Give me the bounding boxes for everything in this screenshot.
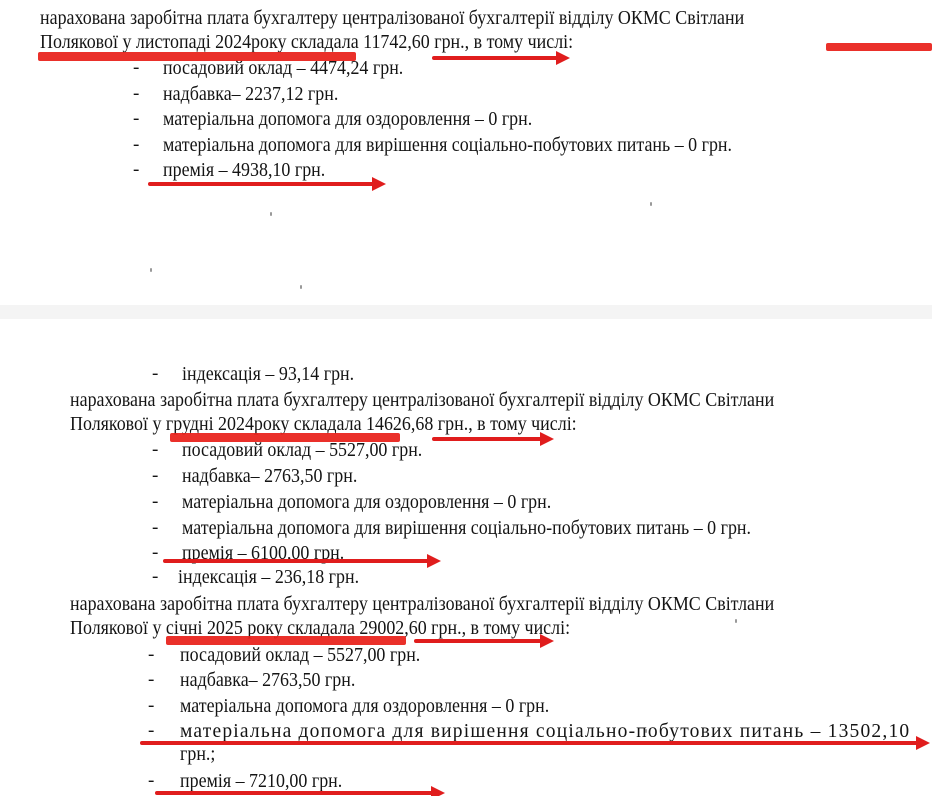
highlight-underline: [170, 433, 400, 442]
red-arrow-annotation: [432, 437, 544, 441]
salary-item: премія – 4938,10 грн.: [163, 160, 325, 182]
highlight-underline: [826, 43, 932, 51]
red-arrow-annotation: [163, 559, 431, 563]
red-arrow-annotation: [155, 791, 435, 795]
list-bullet: -: [152, 439, 158, 461]
salary-item: матеріальна допомога для вирішення соціа…: [182, 518, 751, 540]
scan-speck: [735, 619, 737, 623]
list-bullet: -: [148, 770, 154, 792]
salary-paragraph-line: нарахована заробітна плата бухгалтеру це…: [70, 390, 774, 412]
highlight-underline: [166, 636, 406, 645]
list-bullet: -: [133, 159, 139, 181]
salary-item: надбавка– 2237,12 грн.: [163, 84, 338, 106]
list-bullet: -: [133, 83, 139, 105]
red-arrow-annotation: [414, 639, 544, 643]
scan-speck: [645, 729, 647, 733]
scan-speck: [150, 268, 152, 272]
salary-paragraph-line: Полякової у листопаді 2024року складала …: [40, 32, 573, 54]
salary-item: індексація – 93,14 грн.: [182, 364, 354, 386]
salary-item: матеріальна допомога для оздоровлення – …: [163, 109, 532, 131]
salary-item: матеріальна допомога для вирішення соціа…: [163, 135, 732, 157]
red-arrow-annotation: [432, 56, 560, 60]
list-bullet: -: [148, 695, 154, 717]
red-arrow-annotation: [140, 741, 920, 745]
list-bullet: -: [152, 491, 158, 513]
list-bullet: -: [148, 720, 154, 742]
salary-item: надбавка– 2763,50 грн.: [180, 670, 355, 692]
scan-speck: [270, 212, 272, 216]
red-arrow-annotation: [148, 182, 376, 186]
salary-item: матеріальна допомога для оздоровлення – …: [180, 696, 549, 718]
list-bullet: -: [152, 465, 158, 487]
list-bullet: -: [152, 363, 158, 385]
list-bullet: -: [133, 108, 139, 130]
salary-item: посадовий оклад – 5527,00 грн.: [182, 440, 422, 462]
document-page-1: нарахована заробітна плата бухгалтеру це…: [0, 0, 932, 305]
list-bullet: -: [148, 644, 154, 666]
list-bullet: -: [148, 669, 154, 691]
list-bullet: -: [133, 134, 139, 156]
scan-speck: [300, 285, 302, 289]
salary-item: індексація – 236,18 грн.: [178, 567, 359, 589]
scan-speck: [650, 202, 652, 206]
page-separator: [0, 305, 932, 319]
salary-item: матеріальна допомога для вирішення соціа…: [180, 721, 910, 743]
salary-item: премія – 7210,00 грн.: [180, 771, 342, 793]
salary-item-continuation: грн.;: [180, 744, 215, 766]
salary-item: посадовий оклад – 4474,24 грн.: [163, 58, 403, 80]
salary-item: посадовий оклад – 5527,00 грн.: [180, 645, 420, 667]
salary-paragraph-line: нарахована заробітна плата бухгалтеру це…: [40, 8, 744, 30]
salary-paragraph-line: нарахована заробітна плата бухгалтеру це…: [70, 594, 774, 616]
document-page-2: - індексація – 93,14 грн. нарахована зар…: [0, 319, 932, 796]
salary-item: надбавка– 2763,50 грн.: [182, 466, 357, 488]
list-bullet: -: [152, 517, 158, 539]
list-bullet: -: [152, 542, 158, 564]
highlight-underline: [38, 52, 356, 61]
list-bullet: -: [152, 566, 158, 588]
salary-item: матеріальна допомога для оздоровлення – …: [182, 492, 551, 514]
